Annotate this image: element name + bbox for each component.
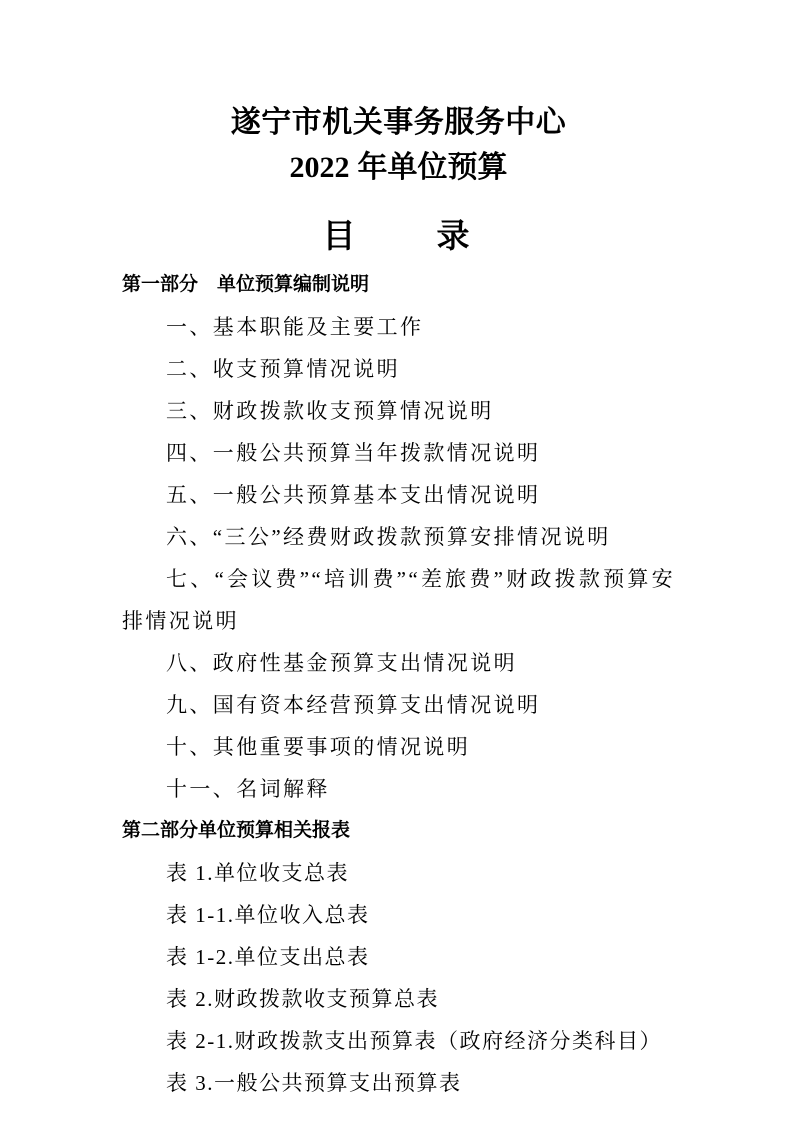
toc-item: 八、政府性基金预算支出情况说明: [122, 642, 675, 684]
toc-table-item: 表 1-1.单位收入总表: [122, 894, 675, 936]
document-page: { "document": { "title_line1": "遂宁市机关事务服…: [0, 0, 793, 1122]
part1-heading: 第一部分 单位预算编制说明: [122, 264, 675, 306]
document-title: 遂宁市机关事务服务中心: [122, 100, 675, 145]
page: 遂宁市机关事务服务中心 2022年单位预算 目 录 第一部分 单位预算编制说明 …: [0, 0, 793, 1122]
toc-item: 十一、名词解释: [122, 768, 675, 810]
toc-item: 十、其他重要事项的情况说明: [122, 726, 675, 768]
toc-item: 四、一般公共预算当年拨款情况说明: [122, 432, 675, 474]
toc-title: 目 录: [122, 214, 675, 258]
toc-item: 七、“会议费”“培训费”“差旅费”财政拨款预算安排情况说明: [122, 558, 675, 642]
toc-item: 三、财政拨款收支预算情况说明: [122, 390, 675, 432]
toc-item: 九、国有资本经营预算支出情况说明: [122, 684, 675, 726]
document-subtitle-text: 年单位预算: [358, 151, 508, 184]
toc-table-item: 表 3.一般公共预算支出预算表: [122, 1062, 675, 1104]
toc-table-item: 表 2.财政拨款收支预算总表: [122, 978, 675, 1020]
part2-heading: 第二部分单位预算相关报表: [122, 810, 675, 852]
toc-table-item: 表 2-1.财政拨款支出预算表（政府经济分类科目）: [122, 1020, 675, 1062]
document-subtitle-year: 2022: [290, 151, 350, 184]
toc-item: 五、一般公共预算基本支出情况说明: [122, 474, 675, 516]
toc-content: 第一部分 单位预算编制说明 一、基本职能及主要工作 二、收支预算情况说明 三、财…: [122, 264, 675, 1104]
toc-item: 一、基本职能及主要工作: [122, 306, 675, 348]
toc-table-item: 表 1-2.单位支出总表: [122, 936, 675, 978]
toc-item: 二、收支预算情况说明: [122, 348, 675, 390]
title-block: 遂宁市机关事务服务中心 2022年单位预算: [122, 0, 675, 190]
document-subtitle: 2022年单位预算: [122, 145, 675, 190]
toc-item: 六、“三公”经费财政拨款预算安排情况说明: [122, 516, 675, 558]
toc-table-item: 表 1.单位收支总表: [122, 852, 675, 894]
